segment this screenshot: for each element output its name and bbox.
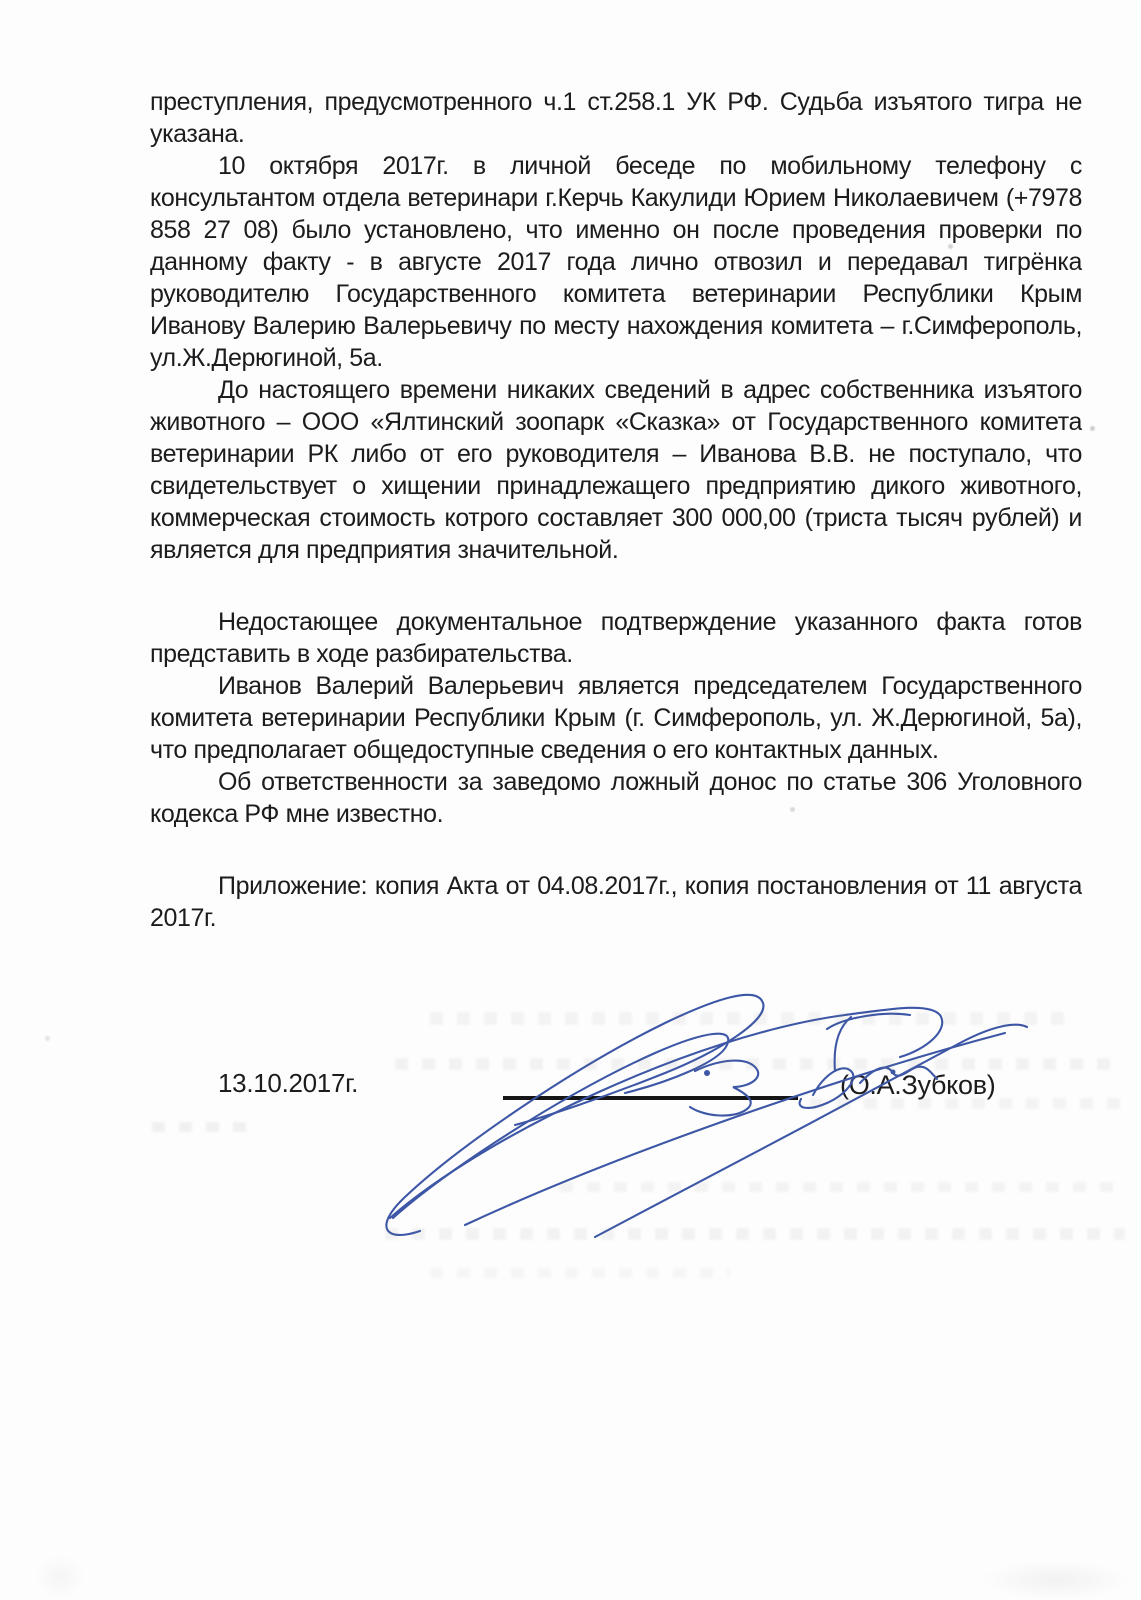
scan-speck [45,1036,50,1041]
document-line: До настоящего времени никаких сведений в… [150,374,1082,406]
document-line: руководителю Государственного комитета в… [150,278,1082,310]
paragraph: Недостающее документальное подтверждение… [150,606,1082,670]
document-page: преступления, предусмотренного ч.1 ст.25… [0,0,1141,1600]
document-line: представить в ходе разбирательства. [150,638,1082,670]
document-line: ветеринарии РК либо от его руководителя … [150,438,1082,470]
paragraph: Об ответственности за заведомо ложный до… [150,766,1082,830]
document-line: свидетельствует о хищении принадлежащего… [150,470,1082,502]
document-line: что предполагает общедоступные сведения … [150,734,1082,766]
document-line: Иванов Валерий Валерьевич является предс… [150,670,1082,702]
document-line: Об ответственности за заведомо ложный до… [150,766,1082,798]
document-line: Иванову Валерию Валерьевичу по месту нах… [150,310,1082,342]
scan-smudge [980,1560,1130,1600]
document-line: 858 27 08) было установлено, что именно … [150,214,1082,246]
document-line: животного – ООО «Ялтинский зоопарк «Сказ… [150,406,1082,438]
document-line: данному факту - в августе 2017 года личн… [150,246,1082,278]
document-line: 2017г. [150,902,1082,934]
document-line: консультантом отдела ветеринари г.Керчь … [150,182,1082,214]
scan-bleedthrough [430,1268,730,1278]
document-line: комитета ветеринарии Республики Крым (г.… [150,702,1082,734]
document-line: указана. [150,118,1082,150]
document-line: преступления, предусмотренного ч.1 ст.25… [150,86,1082,118]
paragraph: Иванов Валерий Валерьевич является предс… [150,670,1082,766]
document-text: преступления, предусмотренного ч.1 ст.25… [150,86,1082,934]
document-line: кодекса РФ мне известно. [150,798,1082,830]
document-line: Недостающее документальное подтверждение… [150,606,1082,638]
document-line: Приложение: копия Акта от 04.08.2017г., … [150,870,1082,902]
scan-speck [1090,426,1095,431]
paragraph: преступления, предусмотренного ч.1 ст.25… [150,86,1082,150]
document-line: является для предприятия значительной. [150,534,1082,566]
document-line: 10 октября 2017г. в личной беседе по моб… [150,150,1082,182]
signature-scribble [365,975,1045,1245]
signature-date: 13.10.2017г. [218,1068,358,1099]
paragraph: До настоящего времени никаких сведений в… [150,374,1082,566]
scan-smudge [35,1555,85,1600]
document-line: ул.Ж.Дерюгиной, 5а. [150,342,1082,374]
paragraph: Приложение: копия Акта от 04.08.2017г., … [150,870,1082,934]
document-line: коммерческая стоимость котрого составляе… [150,502,1082,534]
scan-bleedthrough [152,1122,247,1132]
paragraph: 10 октября 2017г. в личной беседе по моб… [150,150,1082,374]
